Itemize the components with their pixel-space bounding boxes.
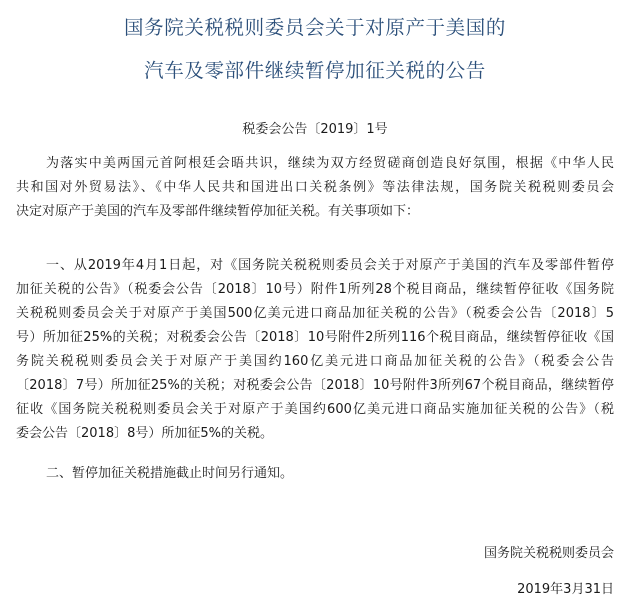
document-number: 税委会公告〔2019〕1号 <box>0 118 630 137</box>
intro-line: 为落实中美两国元首阿根廷会晤共识，继续为双方经贸磋商创造良好氛围，根据《中华人民 <box>46 152 614 171</box>
item-1-line: 委会公告〔2018〕8号）所加征5%的关税。 <box>16 422 614 441</box>
item-1-line: 关税税则委员会关于对原产于美国500亿美元进口商品加征关税的公告》（税委会公告〔… <box>16 302 614 321</box>
item-1-line: 号）所加征25%的关税；对税委会公告〔2018〕10号附件2所列116个税目商品… <box>16 326 614 345</box>
item-1-line: 征收《国务院关税税则委员会关于对原产于美国约600亿美元进口商品实施加征关税的公… <box>16 398 614 417</box>
item-1-line: 一、从2019年4月1日起，对《国务院关税税则委员会关于对原产于美国的汽车及零部… <box>46 254 614 273</box>
document-title-line-1: 国务院关税税则委员会关于对原产于美国的 <box>0 12 630 40</box>
item-2: 二、暂停加征关税措施截止时间另行通知。 <box>46 462 614 481</box>
issuer-signature: 国务院关税税则委员会 <box>484 542 614 561</box>
item-1-line: 〔2018〕7号）所加征25%的关税；对税委会公告〔2018〕10号附件3所列6… <box>16 374 614 393</box>
document-title-line-2: 汽车及零部件继续暂停加征关税的公告 <box>0 55 630 83</box>
item-1-line: 务院关税税则委员会关于对原产于美国约160亿美元进口商品加征关税的公告》（税委会… <box>16 350 614 369</box>
intro-line: 决定对原产于美国的汽车及零部件继续暂停加征关税。有关事项如下： <box>16 200 614 219</box>
issue-date: 2019年3月31日 <box>517 578 614 597</box>
item-1-line: 加征关税的公告》（税委会公告〔2018〕10号）附件1所列28个税目商品，继续暂… <box>16 278 614 297</box>
intro-line: 共和国对外贸易法》、《中华人民共和国进出口关税条例》等法律法规，国务院关税税则委… <box>16 176 614 195</box>
